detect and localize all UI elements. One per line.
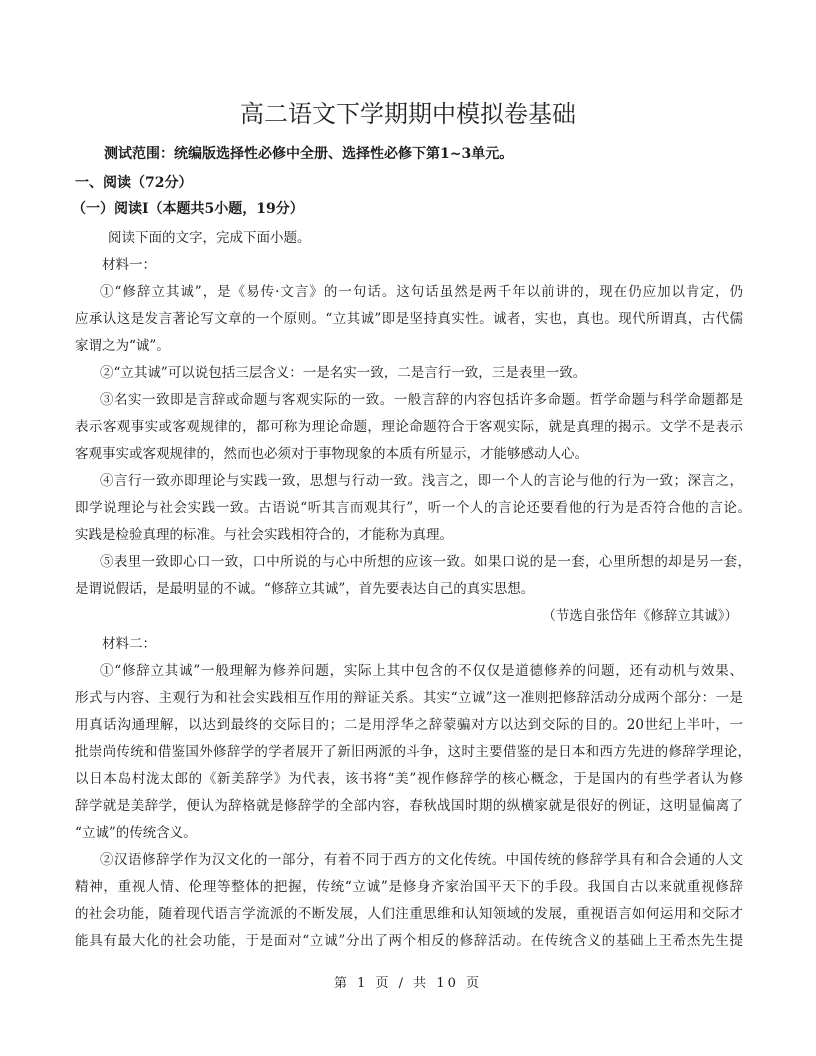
paragraph-line: 客观事实或客观规律的，然而也必须对于事物现象的本质有所显示，才能够感动人心。	[75, 442, 588, 462]
material-1-source: （节选自张岱年《修辞立其诚》）	[542, 604, 738, 624]
material-2-label: 材料二：	[102, 632, 156, 652]
paragraph-line: ②“立其诚”可以说包括三层含义：一是名实一致，二是言行一致，三是表里一致。	[100, 361, 586, 381]
paragraph-line: 用真话沟通理解，以达到最终的交际目的；二是用浮华之辞蒙骗对方以达到交际的目的。2…	[75, 713, 743, 733]
paragraph-line: 形式与内容、主观行为和社会实践相互作用的辩证关系。其实“立诚”这一准则把修辞活动…	[75, 686, 743, 706]
paragraph-line: 的社会功能，随着现代语言学流派的不断发展，人们注重思维和认知领域的发展，重视语言…	[75, 902, 743, 922]
paragraph-line: 辞学就是美辞学，便认为辞格就是修辞学的全部内容，春秋战国时期的纵横家就是很好的例…	[75, 794, 743, 814]
paragraph-line: 实践是检验真理的标准。与社会实践相符合的，才能称为真理。	[75, 523, 453, 543]
instruction-text: 阅读下面的文字，完成下面小题。	[108, 226, 311, 246]
section-heading-reading: 一、阅读（72分）	[75, 172, 192, 192]
paragraph-line: 精神，重视人情、伦理等整体的把握，传统“立诚”是修身齐家治国平天下的手段。我国自…	[75, 875, 743, 895]
paragraph-line: ⑤表里一致即心口一致，口中所说的与心中所想的应该一致。如果口说的是一套，心里所想…	[100, 550, 751, 570]
page-footer: 第 1 页 / 共 10 页	[0, 972, 816, 991]
paragraph-line: ④言行一致亦即理论与实践一致，思想与行动一致。浅言之，即一个人的言论与他的行为一…	[100, 469, 743, 489]
document-title: 高二语文下学期期中模拟卷基础	[0, 94, 816, 129]
paragraph-line: 以日本岛村泷太郎的《新美辞学》为代表，该书将“美”视作修辞学的核心概念，于是国内…	[75, 767, 743, 787]
paragraph-line: 家谓之为“诚”。	[75, 334, 170, 354]
paragraph-line: 是谓说假话，是最明显的不诚。“修辞立其诚”，首先要表达自己的真实思想。	[75, 577, 534, 597]
test-scope: 测试范围：统编版选择性必修中全册、选择性必修下第1~3单元。	[104, 143, 513, 163]
paragraph-line: ②汉语修辞学作为汉文化的一部分，有着不同于西方的文化传统。中国传统的修辞学具有和…	[100, 848, 743, 868]
paragraph-line: ③名实一致即是言辞或命题与客观实际的一致。一般言辞的内容包括许多命题。哲学命题与…	[100, 388, 743, 408]
paragraph-line: 应承认这是发言著论写文章的一个原则。“立其诚”即是坚持真实性。诚者，实也，真也。…	[75, 307, 743, 327]
paragraph-line: ①“修辞立其诚”一般理解为修养问题，实际上其中包含的不仅仅是道德修养的问题，还有…	[100, 659, 743, 679]
paragraph-line: 批崇尚传统和借鉴国外修辞学的学者展开了新旧两派的斗争，这时主要借鉴的是日本和西方…	[75, 740, 751, 760]
paragraph-line: 即学说理论与社会实践一致。古语说“听其言而观其行”，听一个人的言论还要看他的行为…	[75, 496, 751, 516]
document-page: 高二语文下学期期中模拟卷基础 测试范围：统编版选择性必修中全册、选择性必修下第1…	[0, 0, 816, 1056]
material-1-label: 材料一：	[102, 253, 156, 273]
paragraph-line: 能具有最大化的社会功能，于是面对“立诚”分出了两个相反的修辞活动。在传统含义的基…	[75, 929, 743, 949]
subsection-heading-reading-1: （一）阅读Ⅰ（本题共5小题，19分）	[72, 198, 304, 218]
paragraph-line: “立诚”的传统含义。	[75, 821, 197, 841]
paragraph-line: ①“修辞立其诚”，是《易传·文言》的一句话。这句话虽然是两千年以前讲的，现在仍应…	[100, 280, 743, 300]
paragraph-line: 表示客观事实或客观规律的，都可称为理论命题，理论命题符合于客观实际，就是真理的揭…	[75, 415, 743, 435]
